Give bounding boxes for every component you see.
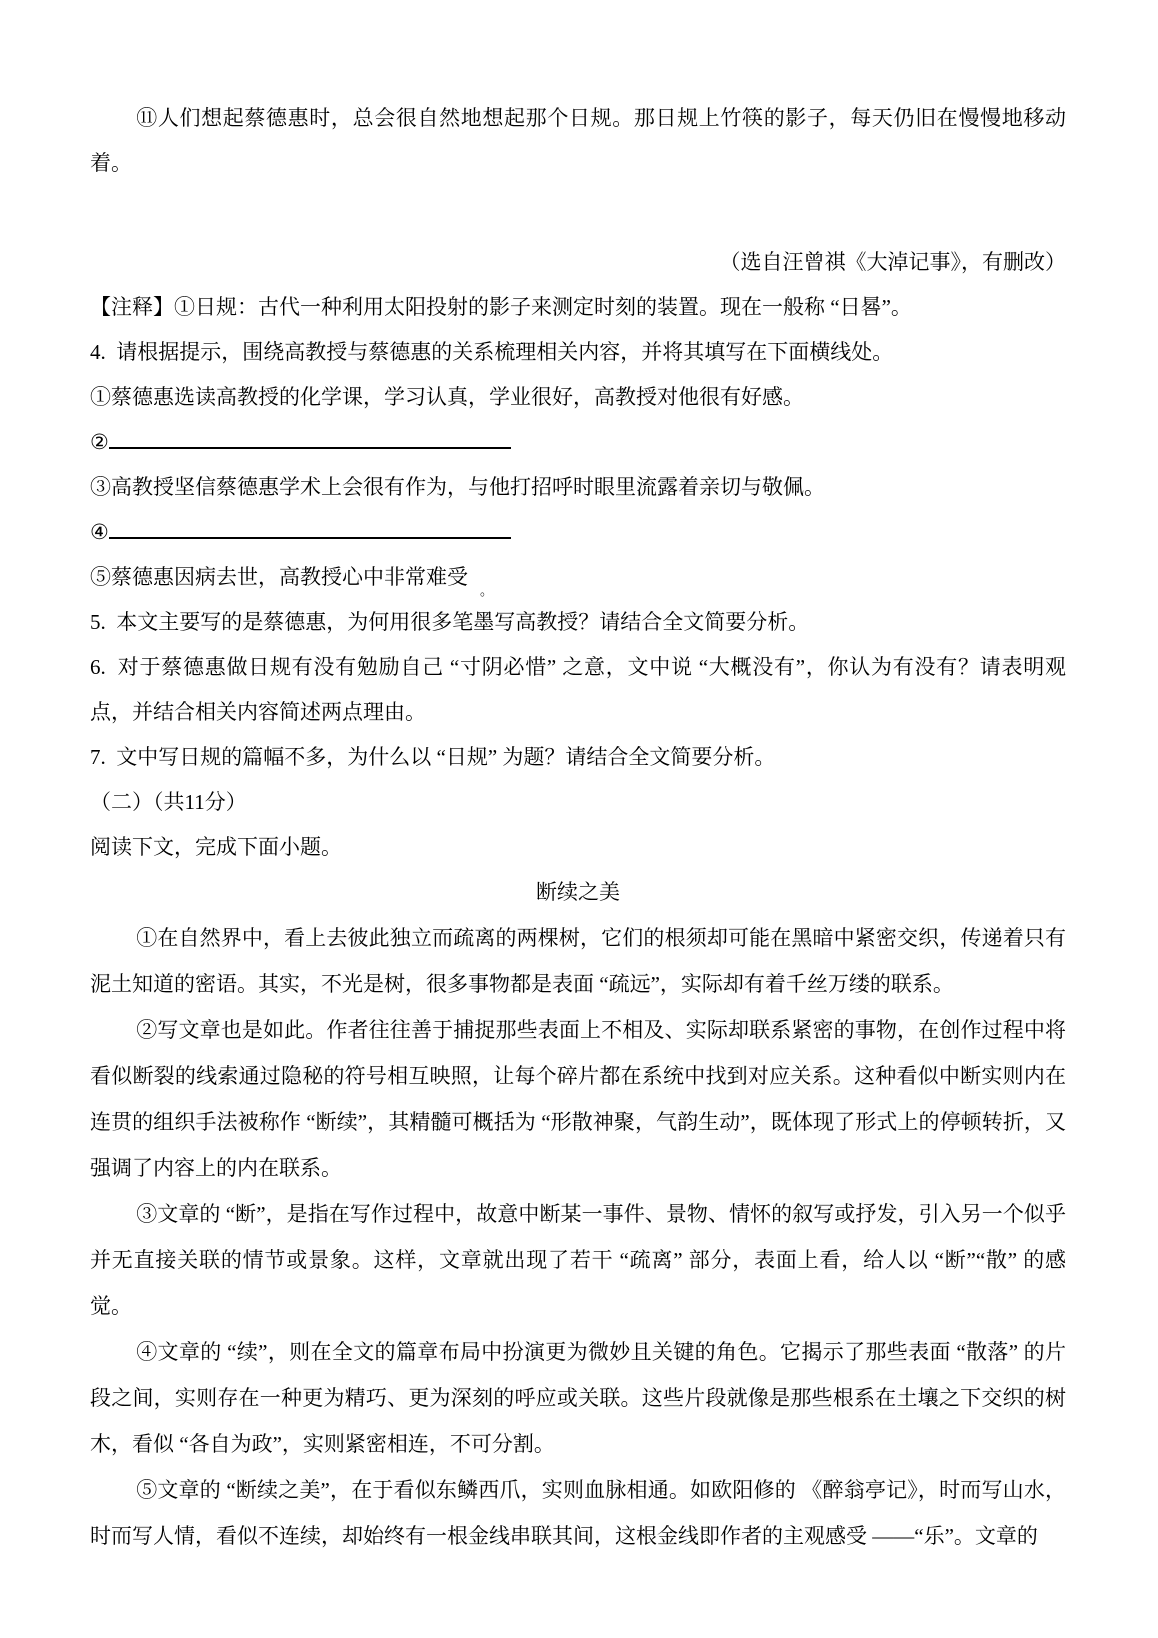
passage2-paragraph-5: ⑤文章的 “断续之美”，在于看似东鳞西爪，实则血脉相通。如欧阳修的 《醉翁亭记》… [90, 1467, 1066, 1559]
passage2-body: ①在自然界中，看上去彼此独立而疏离的两棵树，它们的根须却可能在黑暗中紧密交织，传… [90, 915, 1066, 1559]
question-4-item-5-period: 。 [480, 584, 493, 597]
section-2-instructions: 阅读下文，完成下面小题。 [90, 825, 1066, 870]
question-4-stem: 4. 请根据提示，围绕高教授与蔡德惠的关系梳理相关内容，并将其填写在下面横线处。 [90, 330, 1066, 375]
passage1-footnote: 【注释】①日规：古代一种利用太阳投射的影子来测定时刻的装置。现在一般称 “日晷”… [90, 285, 1066, 330]
passage2-paragraph-2: ②写文章也是如此。作者往往善于捕捉那些表面上不相及、实际却联系紧密的事物，在创作… [90, 1007, 1066, 1191]
passage1-final-paragraph: ⑪人们想起蔡德惠时，总会很自然地想起那个日规。那日规上竹筷的影子，每天仍旧在慢慢… [90, 96, 1066, 186]
question-4-blank-4-answer-line [109, 516, 511, 539]
question-5: 5. 本文主要写的是蔡德惠，为何用很多笔墨写高教授？请结合全文简要分析。 [90, 600, 1066, 645]
question-4-item-3: ③高教授坚信蔡德惠学术上会很有作为，与他打招呼时眼里流露着亲切与敬佩。 [90, 465, 1066, 510]
passage1-source-attribution: （选自汪曾祺《大淖记事》，有删改） [90, 240, 1066, 285]
passage2-title: 断续之美 [90, 870, 1066, 915]
question-7: 7. 文中写日规的篇幅不多，为什么以 “日规” 为题？请结合全文简要分析。 [90, 735, 1066, 780]
question-4-blank-2-marker: ② [90, 430, 109, 454]
passage2-paragraph-4: ④文章的 “续”，则在全文的篇章布局中扮演更为微妙且关键的角色。它揭示了那些表面… [90, 1329, 1066, 1467]
question-4-blank-4-marker: ④ [90, 520, 109, 544]
passage2-paragraph-3: ③文章的 “断”，是指在写作过程中，故意中断某一事件、景物、情怀的叙写或抒发，引… [90, 1191, 1066, 1329]
exam-paper-page: ⑪人们想起蔡德惠时，总会很自然地想起那个日规。那日规上竹筷的影子，每天仍旧在慢慢… [0, 0, 1158, 1638]
section-2-header: （二）（共11分） [90, 780, 1066, 825]
question-4-item-1: ①蔡德惠选读高教授的化学课，学习认真，学业很好，高教授对他很有好感。 [90, 375, 1066, 420]
question-4-blank-4: ④ [90, 510, 1066, 555]
question-4-item-5-text: ⑤蔡德惠因病去世，高教授心中非常难受 [90, 565, 468, 589]
question-4-blank-2-answer-line [109, 426, 511, 449]
question-4-blank-2: ② [90, 420, 1066, 465]
passage2-paragraph-1: ①在自然界中，看上去彼此独立而疏离的两棵树，它们的根须却可能在黑暗中紧密交织，传… [90, 915, 1066, 1007]
question-4-item-5: ⑤蔡德惠因病去世，高教授心中非常难受。 [90, 555, 1066, 600]
question-6: 6. 对于蔡德惠做日规有没有勉励自己 “寸阴必惜” 之意，文中说 “大概没有”，… [90, 645, 1066, 735]
